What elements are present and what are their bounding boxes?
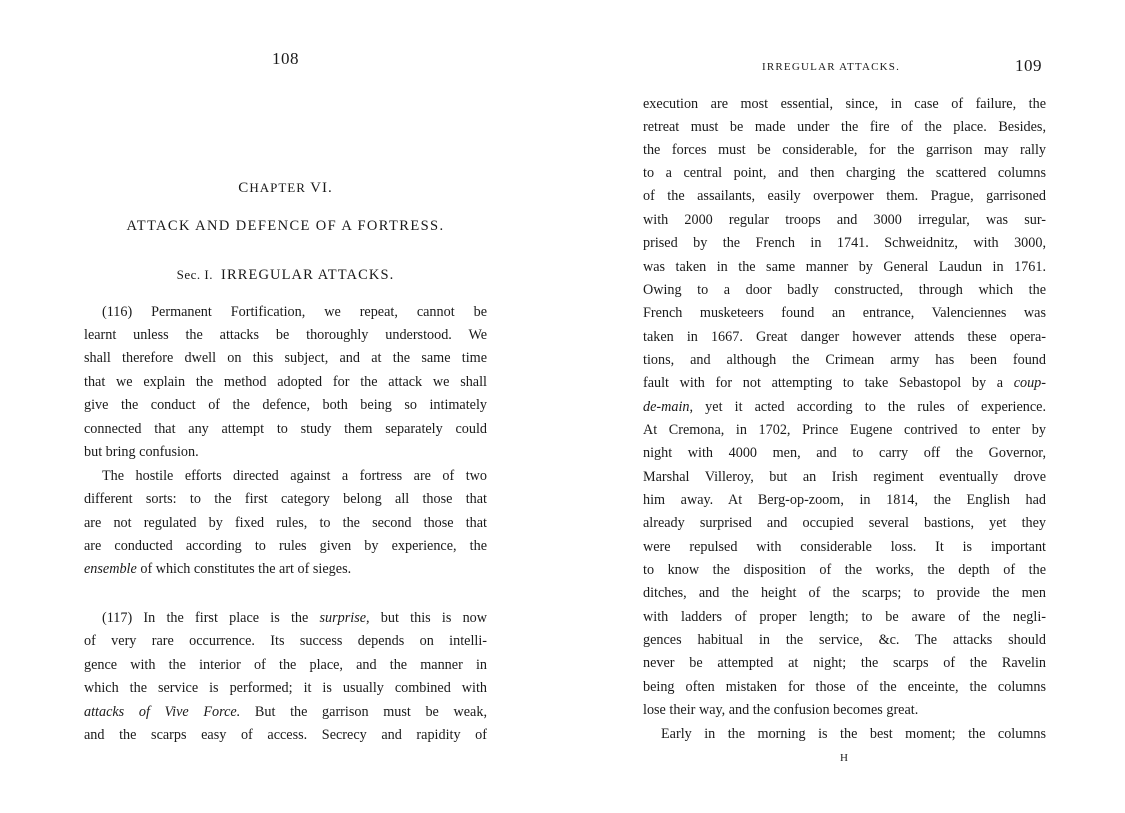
text-line: Marshal Villeroy, but an Irish regiment …	[643, 466, 1046, 489]
text-line: (117) In the first place is the surprise…	[84, 607, 487, 630]
text-line: Early in the morning is the best moment;…	[643, 723, 1046, 746]
text-line: him away. At Berg-op-zoom, in 1814, the …	[643, 489, 1046, 512]
text-line: with ladders of proper length; to be awa…	[643, 606, 1046, 629]
running-head: IRREGULAR ATTACKS.	[762, 61, 900, 73]
text-line: of very rare occurrence. Its success dep…	[84, 630, 487, 653]
italic-term: coup-	[1014, 375, 1046, 391]
text-line: gence with the interior of the place, an…	[84, 654, 487, 677]
text-line: with 2000 regular troops and 3000 irregu…	[643, 209, 1046, 232]
text-line: already surprised and occupied several b…	[643, 512, 1046, 535]
text-span: , yet it acted according to the rules of…	[690, 399, 1047, 415]
text-line: retreat must be made under the fire of t…	[643, 116, 1046, 139]
text-line: never be attempted at night; the scarps …	[643, 652, 1046, 675]
text-line: Owing to a door badly constructed, throu…	[643, 279, 1046, 302]
text-line: night with 4000 men, and to carry off th…	[643, 442, 1046, 465]
text-line: was taken in the same manner by General …	[643, 256, 1046, 279]
page-number-right: 109	[1015, 56, 1042, 76]
text-line: and the scarps easy of access. Secrecy a…	[84, 724, 487, 747]
text-line: are not regulated by fixed rules, to the…	[84, 512, 487, 535]
text-span: of which constitutes the art of sieges.	[137, 561, 351, 577]
text-line: connected that any attempt to study them…	[84, 418, 487, 441]
text-line: lose their way, and the confusion become…	[643, 699, 1046, 722]
text-line: At Cremona, in 1702, Prince Eugene contr…	[643, 419, 1046, 442]
text-line: to know the disposition of the works, th…	[643, 559, 1046, 582]
text-line: ditches, and the height of the scarps; t…	[643, 582, 1046, 605]
section-heading: IRREGULAR ATTACKS.	[221, 267, 394, 283]
text-line: ensemble of which constitutes the art of…	[84, 558, 487, 581]
text-line: the forces must be considerable, for the…	[643, 139, 1046, 162]
section-label: Sec. I.	[177, 267, 213, 282]
chapter-title: ATTACK AND DEFENCE OF A FORTRESS.	[84, 218, 487, 235]
text-span: fault with for not attempting to take Se…	[643, 375, 1014, 391]
text-line: execution are most essential, since, in …	[643, 93, 1046, 116]
text-line: but bring confusion.	[84, 441, 487, 464]
text-line: (116) Permanent Fortification, we repeat…	[84, 301, 487, 324]
page-number-left: 108	[272, 49, 299, 69]
text-span: , but this is now	[366, 610, 487, 626]
text-line: prised by the French in 1741. Schweidnit…	[643, 232, 1046, 255]
text-line: The hostile efforts directed against a f…	[84, 465, 487, 488]
chapter-numeral: VI.	[310, 180, 333, 196]
italic-term: surprise	[320, 610, 367, 626]
text-span: But the garrison must be weak,	[240, 704, 487, 720]
text-line: attacks of Vive Force. But the garrison …	[84, 701, 487, 724]
text-line: to a central point, and then charging th…	[643, 162, 1046, 185]
section-title: Sec. I.IRREGULAR ATTACKS.	[84, 267, 487, 284]
text-line: tions, and although the Crimean army has…	[643, 349, 1046, 372]
italic-term: de-main	[643, 399, 690, 415]
chapter-label: CHAPTER VI.	[84, 180, 487, 197]
text-line: being often mistaken for those of the en…	[643, 676, 1046, 699]
text-line: which the service is performed; it is us…	[84, 677, 487, 700]
text-line: give the conduct of the defence, both be…	[84, 394, 487, 417]
text-line: different sorts: to the first category b…	[84, 488, 487, 511]
text-line: learnt unless the attacks be thoroughly …	[84, 324, 487, 347]
text-line: taken in 1667. Great danger however atte…	[643, 326, 1046, 349]
text-line: French musketeers found an entrance, Val…	[643, 302, 1046, 325]
text-line: were repulsed with considerable loss. It…	[643, 536, 1046, 559]
text-line: that we explain the method adopted for t…	[84, 371, 487, 394]
text-line: are conducted according to rules given b…	[84, 535, 487, 558]
text-line: shall therefore dwell on this subject, a…	[84, 347, 487, 370]
chapter-label-rest: HAPTER	[249, 180, 306, 195]
text-line: of the assailants, easily overpower them…	[643, 185, 1046, 208]
text-line: gences habitual in the service, &c. The …	[643, 629, 1046, 652]
italic-term: attacks of Vive Force.	[84, 704, 240, 720]
italic-term: ensemble	[84, 561, 137, 577]
text-line: fault with for not attempting to take Se…	[643, 372, 1046, 395]
signature-mark: H	[840, 752, 849, 764]
chapter-label-initial: C	[238, 180, 249, 196]
text-span: (117) In the first place is the	[102, 610, 320, 626]
text-line: de-main, yet it acted according to the r…	[643, 396, 1046, 419]
